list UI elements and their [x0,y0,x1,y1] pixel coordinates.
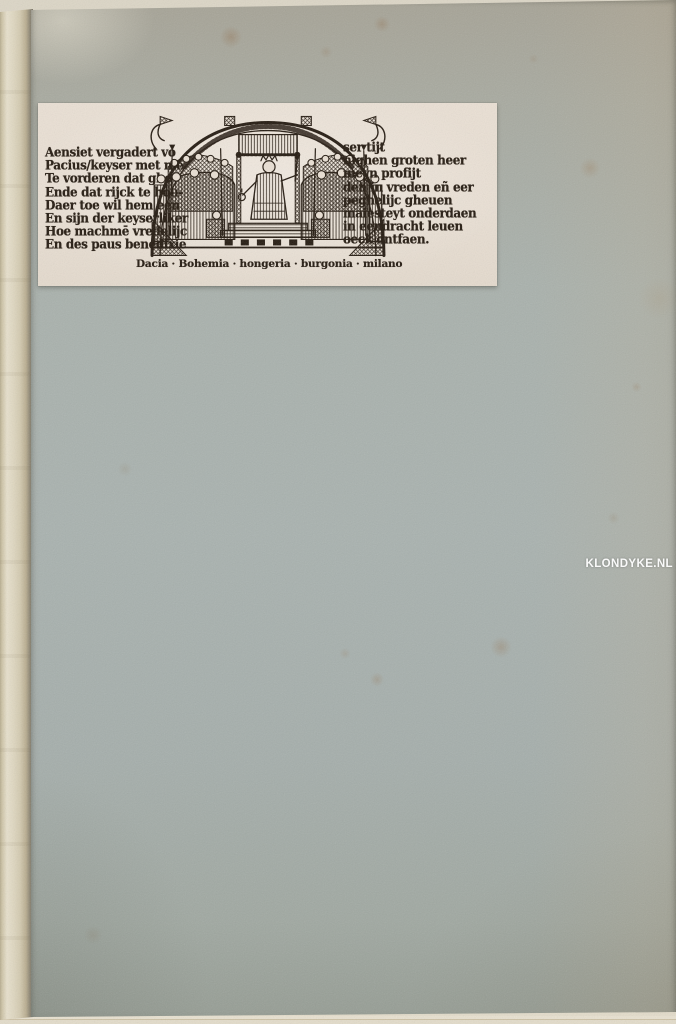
woodcut-throne-steps [221,223,316,245]
book-photo: Aensiet vergadert vo Pacius/keyser met m… [0,0,676,1024]
label-text-column-right: ser tijt nighen groten heer meyn profijt… [343,141,476,247]
woodcut-caption: Dacia · Bohemia · hongeria · burgonia · … [136,258,388,270]
klondyke-watermark: KLONDYKE.NL [586,558,673,570]
pasted-title-label: Aensiet vergadert vo Pacius/keyser met m… [38,103,497,286]
book-spine [0,0,33,1024]
label-text-line: oeck ontfaen. [343,233,476,247]
book-front-cover: Aensiet vergadert vo Pacius/keyser met m… [31,0,676,1024]
woodcut-emperor [236,135,301,224]
woodcut-crowd-left [154,145,235,242]
